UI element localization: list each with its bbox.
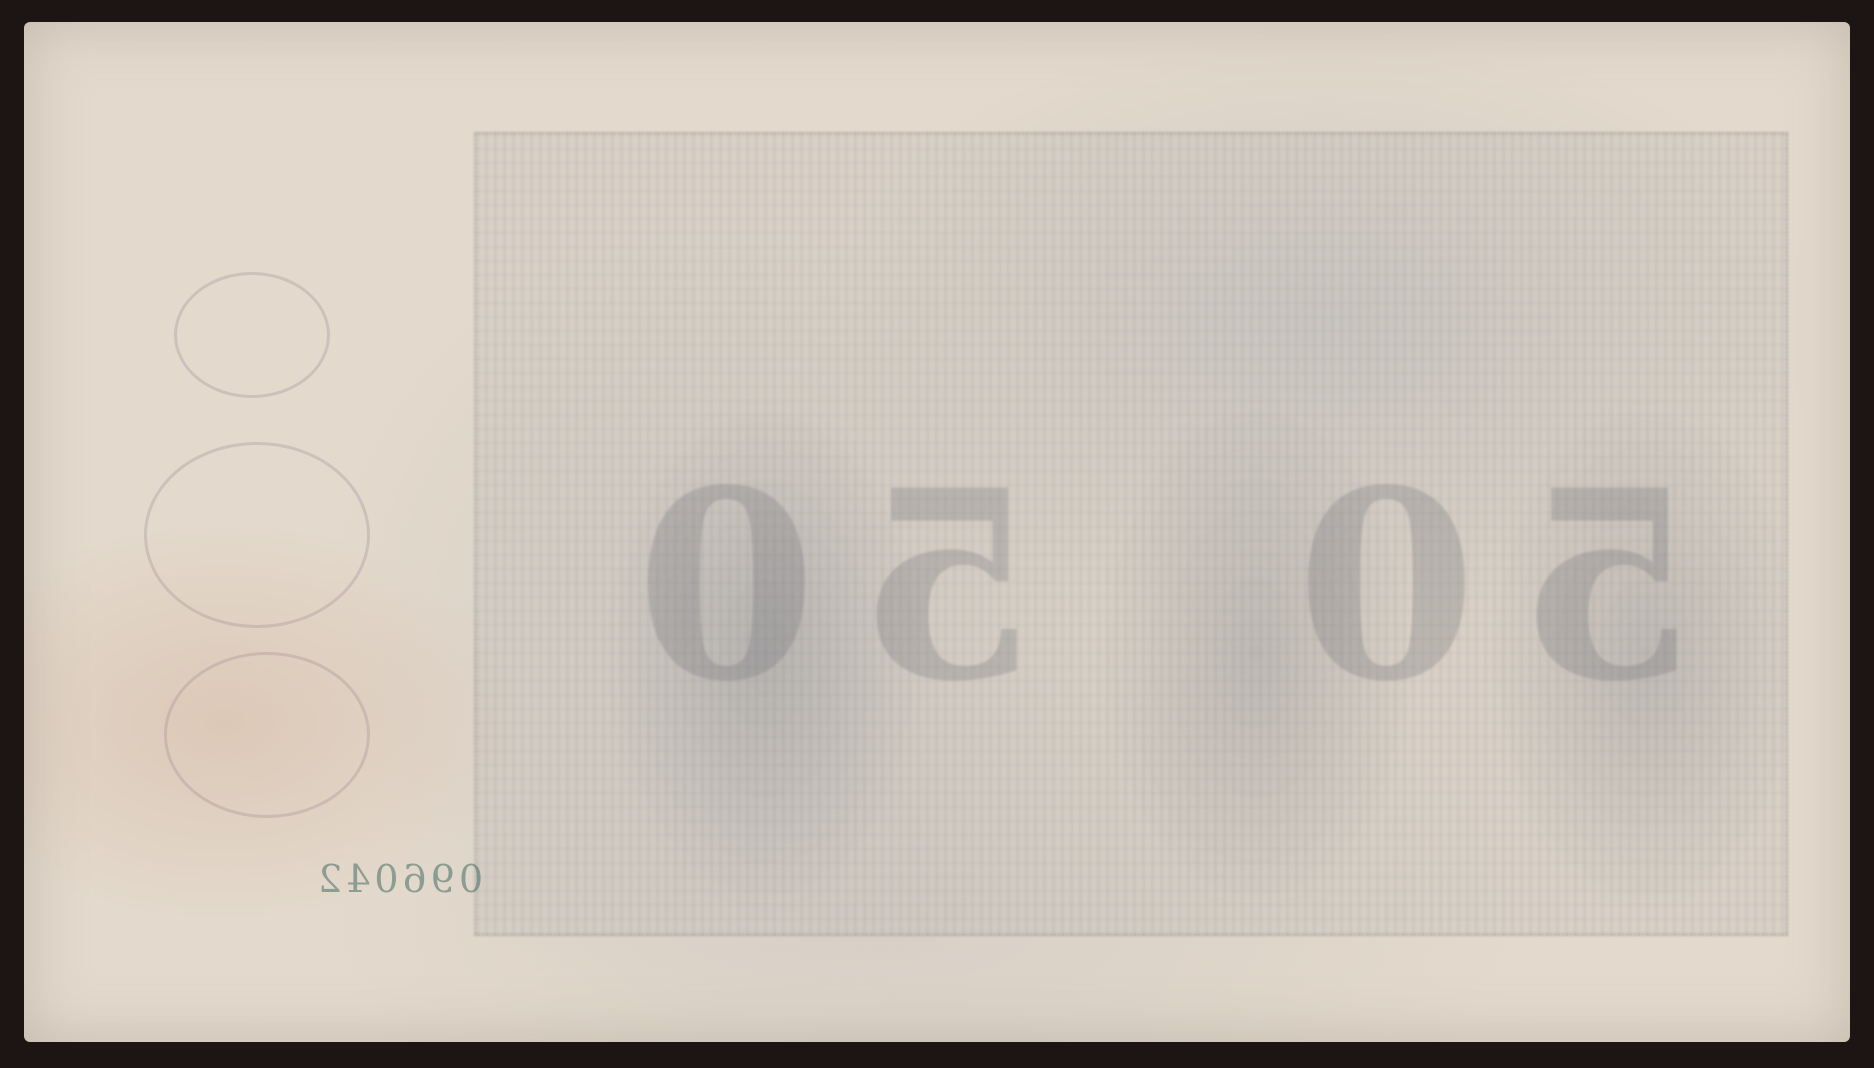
large-numeral-right: 50 (1256, 434, 1698, 739)
large-numeral: 50 (596, 434, 1038, 739)
watermark-ornament (144, 272, 374, 812)
banknote-reverse: 50 50 096042 (24, 22, 1850, 1042)
showthrough-print-area: 50 50 (474, 132, 1788, 936)
serial-number: 096042 (314, 857, 483, 901)
